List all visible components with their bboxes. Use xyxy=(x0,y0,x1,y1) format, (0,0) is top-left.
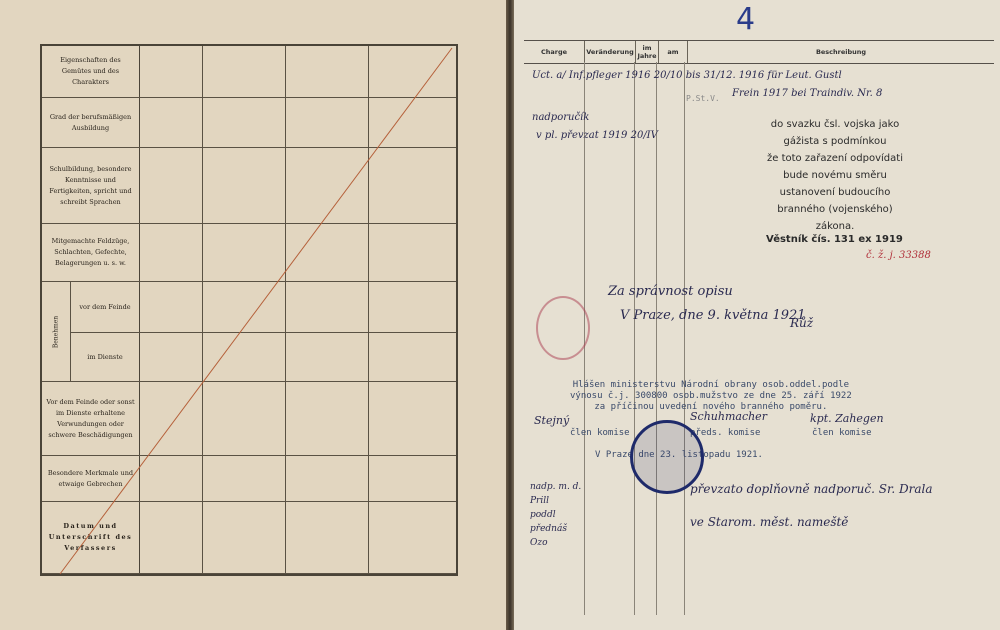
red-oval-stamp xyxy=(536,296,590,360)
entry-line: nadporučík xyxy=(532,112,589,123)
typed-text-block: do svazku čsl. vojska jako gážista s pod… xyxy=(760,116,910,235)
entry-line: převzato doplňovně nadporuč. Sr. Drala xyxy=(690,482,933,496)
header-change: Veränderung xyxy=(585,41,636,63)
diagonal-strike-line xyxy=(42,46,460,578)
header-year: im Jahre xyxy=(636,41,659,63)
left-form-table: Eigenschaften des Gemütes und des Charak… xyxy=(40,44,458,576)
faint-stamp-text: P.St.V. xyxy=(686,94,720,103)
commission-member-signature: Stejný xyxy=(534,414,569,427)
header-description: Beschreibung xyxy=(688,41,994,63)
lower-left-notes: nadp. m. d. Prill poddl přednáš Ozo xyxy=(530,480,581,550)
certification-line: Za správnost opisu xyxy=(608,284,733,299)
place-date-line: V Praze, dne 9. května 1921 xyxy=(620,308,806,323)
page-number: 4 xyxy=(736,2,755,37)
entry-line: ve Starom. měst. nameště xyxy=(690,515,848,529)
commission-member-role: člen komise xyxy=(812,428,872,438)
header-charge: Charge xyxy=(524,41,585,63)
commission-chair-signature: Schuhmacher xyxy=(690,410,767,423)
commission-member-signature: kpt. Zahegen xyxy=(810,412,884,425)
vestnik-reference: Věstník čís. 131 ex 1919 xyxy=(766,234,903,245)
ministry-note: Hlášen ministerstvu Národní obrany osob.… xyxy=(570,380,852,413)
header-date: am xyxy=(659,41,688,63)
commission-member-role: člen komise xyxy=(570,428,630,438)
book-gutter xyxy=(506,0,514,630)
signature: Růž xyxy=(790,316,813,330)
entry-line: Frein 1917 bei Traindiv. Nr. 8 xyxy=(732,88,882,99)
red-annotation: č. ž. j. 33388 xyxy=(866,250,931,261)
commission-chair-role: předs. komise xyxy=(690,428,760,438)
table-header: Charge Veränderung im Jahre am Beschreib… xyxy=(524,40,994,64)
entry-line: Uct. a/ Inf.pfleger 1916 20/10 bis 31/12… xyxy=(532,70,842,81)
entry-line: v pl. převzat 1919 20/IV xyxy=(536,130,658,141)
